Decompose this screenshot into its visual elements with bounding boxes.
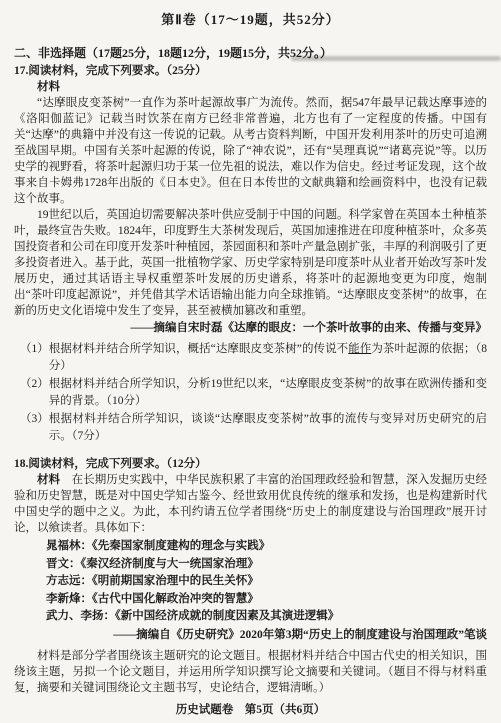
subquestion-number: （1） [20, 341, 49, 374]
q17-material-paragraph-1: “达摩眼皮变茶树”一直作为茶叶起源故事广为流传。然而，据547年最早记载达摩事迹… [14, 95, 487, 207]
q18-works-list: 晁福林：《先秦国家制度建构的理念与实践》 晋文：《秦汉经济制度与大一统国家治理》… [14, 538, 487, 626]
q18-source-citation: ——摘编自《历史研究》2020年第3期“历史上的制度建设与治国理政”笔谈 [14, 627, 487, 644]
q18-material-text: 在长期历史实践中，中华民族积累了丰富的治国理政经验和智慧，深入发掘历史经验和历史… [14, 474, 487, 534]
work-item: 武力、李扬：《新中国经济成就的制度因素及其演进逻辑》 [46, 608, 487, 626]
q17-source-citation: ——摘编自宋时磊《达摩的眼皮：一个茶叶故事的由来、传播与变异》 [14, 320, 487, 337]
subquestion-text: 根据材料并结合所学知识，概括“达摩眼皮变茶树”的传说不能作为茶叶起源的依据；（8… [49, 341, 487, 374]
scan-artifact [291, 56, 501, 61]
q17-subquestion-3: （3） 根据材料并结合所学知识，谈谈“达摩眼皮变茶树”故事的流传与变异对历史研究… [20, 411, 487, 444]
q18-material-label: 材料 [37, 474, 60, 486]
subquestion-number: （2） [20, 376, 49, 409]
subquestion-text: 根据材料并结合所学知识，谈谈“达摩眼皮变茶树”故事的流传与变异对历史研究的启示。… [49, 411, 487, 444]
subquestion-number: （3） [20, 411, 49, 444]
q17-material-label: 材料 [14, 79, 487, 95]
work-item: 晁福林：《先秦国家制度建构的理念与实践》 [46, 538, 487, 556]
q17-subquestion-2: （2） 根据材料并结合所学知识，分析19世纪以来，“达摩眼皮变茶树”的故事在欧洲… [20, 376, 487, 409]
work-item: 晋文：《秦汉经济制度与大一统国家治理》 [46, 556, 487, 574]
exam-page: 第Ⅱ卷（17～19题，共52分） 二、非选择题（17题25分，18题12分，19… [0, 0, 501, 723]
q17-stem: 17.阅读材料，完成下列要求。（25分） [14, 63, 487, 79]
page-footer: 历史试题卷 第5页（共6页） [0, 701, 501, 717]
q17-subquestion-1: （1） 根据材料并结合所学知识，概括“达摩眼皮变茶树”的传说不能作为茶叶起源的依… [20, 341, 487, 374]
work-item: 李新烽：《古代中国化解政治冲突的智慧》 [46, 591, 487, 609]
section-gap [14, 444, 487, 456]
work-item: 方志远：《明前期国家治理中的民生关怀》 [46, 573, 487, 591]
page-header: 第Ⅱ卷（17～19题，共52分） [14, 9, 487, 28]
q18-stem: 18.阅读材料，完成下列要求。（12分） [14, 456, 487, 472]
q17-material-paragraph-2: 19世纪以后，英国迫切需要解决茶叶供应受制于中国的问题。科学家曾在英国本土种植茶… [14, 207, 487, 319]
subquestion-text: 根据材料并结合所学知识，分析19世纪以来，“达摩眼皮变茶树”的故事在欧洲传播和变… [49, 376, 487, 409]
q18-material-paragraph: 材料 在长期历史实践中，中华民族积累了丰富的治国理政经验和智慧，深入发掘历史经验… [14, 472, 487, 536]
subquestion-text-underlined: 能作 [348, 343, 371, 355]
subquestion-text-pre: 根据材料并结合所学知识，概括“达摩眼皮变茶树”的传说不 [49, 343, 348, 355]
q18-task-paragraph: 材料是部分学者围绕该主题研究的论文题目。根据材料并结合中国古代史的相关知识，围绕… [14, 648, 487, 696]
